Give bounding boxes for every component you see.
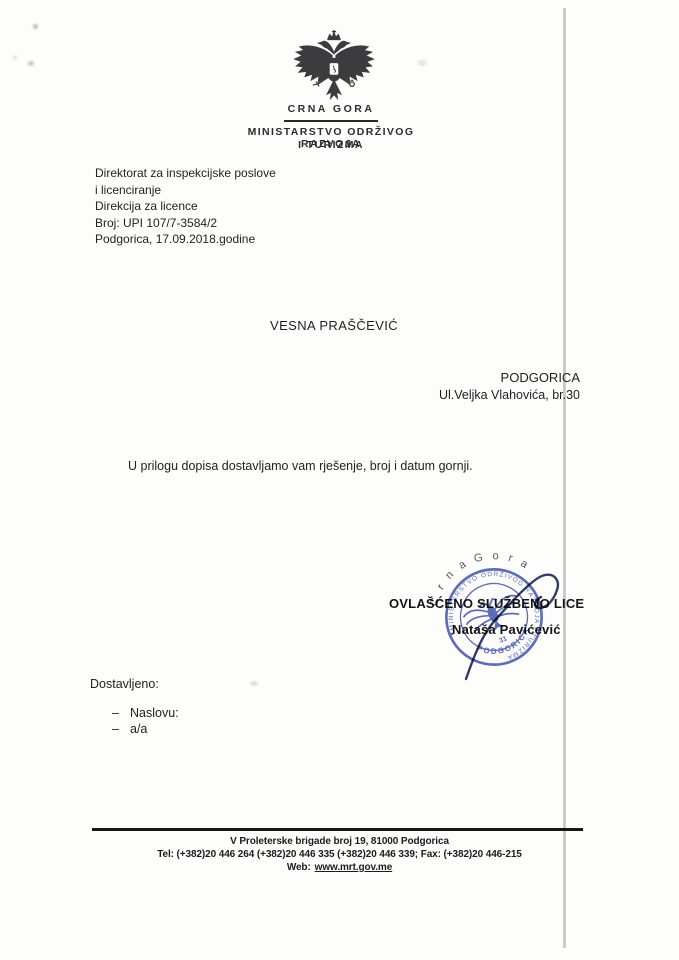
scanned-letter-page: CRNA GORA MINISTARSTVO ODRŽIVOG RAZVOJA … (0, 0, 679, 960)
distribution-item: –Naslovu: (112, 706, 179, 720)
scan-speck (250, 681, 258, 686)
letter-body: U prilogu dopisa dostavljamo vam rješenj… (128, 459, 473, 473)
header-divider (284, 120, 378, 122)
footer-web-url: www.mrt.gov.me (315, 862, 393, 873)
distribution-label: Dostavljeno: (90, 677, 159, 691)
distribution-item-label: a/a (130, 722, 147, 736)
scan-fold-line (563, 8, 566, 948)
dash-bullet: – (112, 706, 130, 720)
sender-block: Direktorat za inspekcijske poslove i lic… (95, 165, 276, 248)
distribution-item: –a/a (112, 722, 147, 736)
dash-bullet: – (112, 722, 130, 736)
scan-speck (418, 60, 427, 66)
recipient-address-block: PODGORICA Ul.Veljka Vlahovića, br.30 (330, 369, 580, 404)
sender-directorate: Direktorat za inspekcijske poslove (95, 165, 276, 182)
sender-directorate-2: i licenciranje (95, 182, 276, 199)
sender-directorate-3: Direkcija za licence (95, 198, 276, 215)
place-and-date: Podgorica, 17.09.2018.godine (95, 231, 276, 248)
footer-address: V Proleterske brigade broj 19, 81000 Pod… (2, 836, 677, 847)
country-title: CRNA GORA (241, 103, 421, 115)
ministry-title-line2: I TURIZMA (216, 139, 446, 151)
reference-number: Broj: UPI 107/7-3584/2 (95, 215, 276, 232)
scan-speck (33, 24, 38, 29)
footer-divider (92, 828, 583, 831)
footer-web-line: Web:www.mrt.gov.me (2, 862, 677, 873)
footer-contacts: Tel: (+382)20 446 264 (+382)20 446 335 (… (2, 849, 677, 860)
recipient-street: Ul.Veljka Vlahovića, br.30 (330, 387, 580, 405)
coat-of-arms-icon (290, 30, 378, 104)
handwritten-signature (425, 545, 585, 690)
distribution-item-label: Naslovu: (130, 706, 179, 720)
recipient-city: PODGORICA (330, 369, 580, 387)
footer-web-label: Web: (287, 862, 311, 873)
scan-speck (13, 56, 17, 59)
recipient-name: VESNA PRAŠČEVIĆ (270, 318, 398, 333)
scan-speck (28, 61, 34, 66)
